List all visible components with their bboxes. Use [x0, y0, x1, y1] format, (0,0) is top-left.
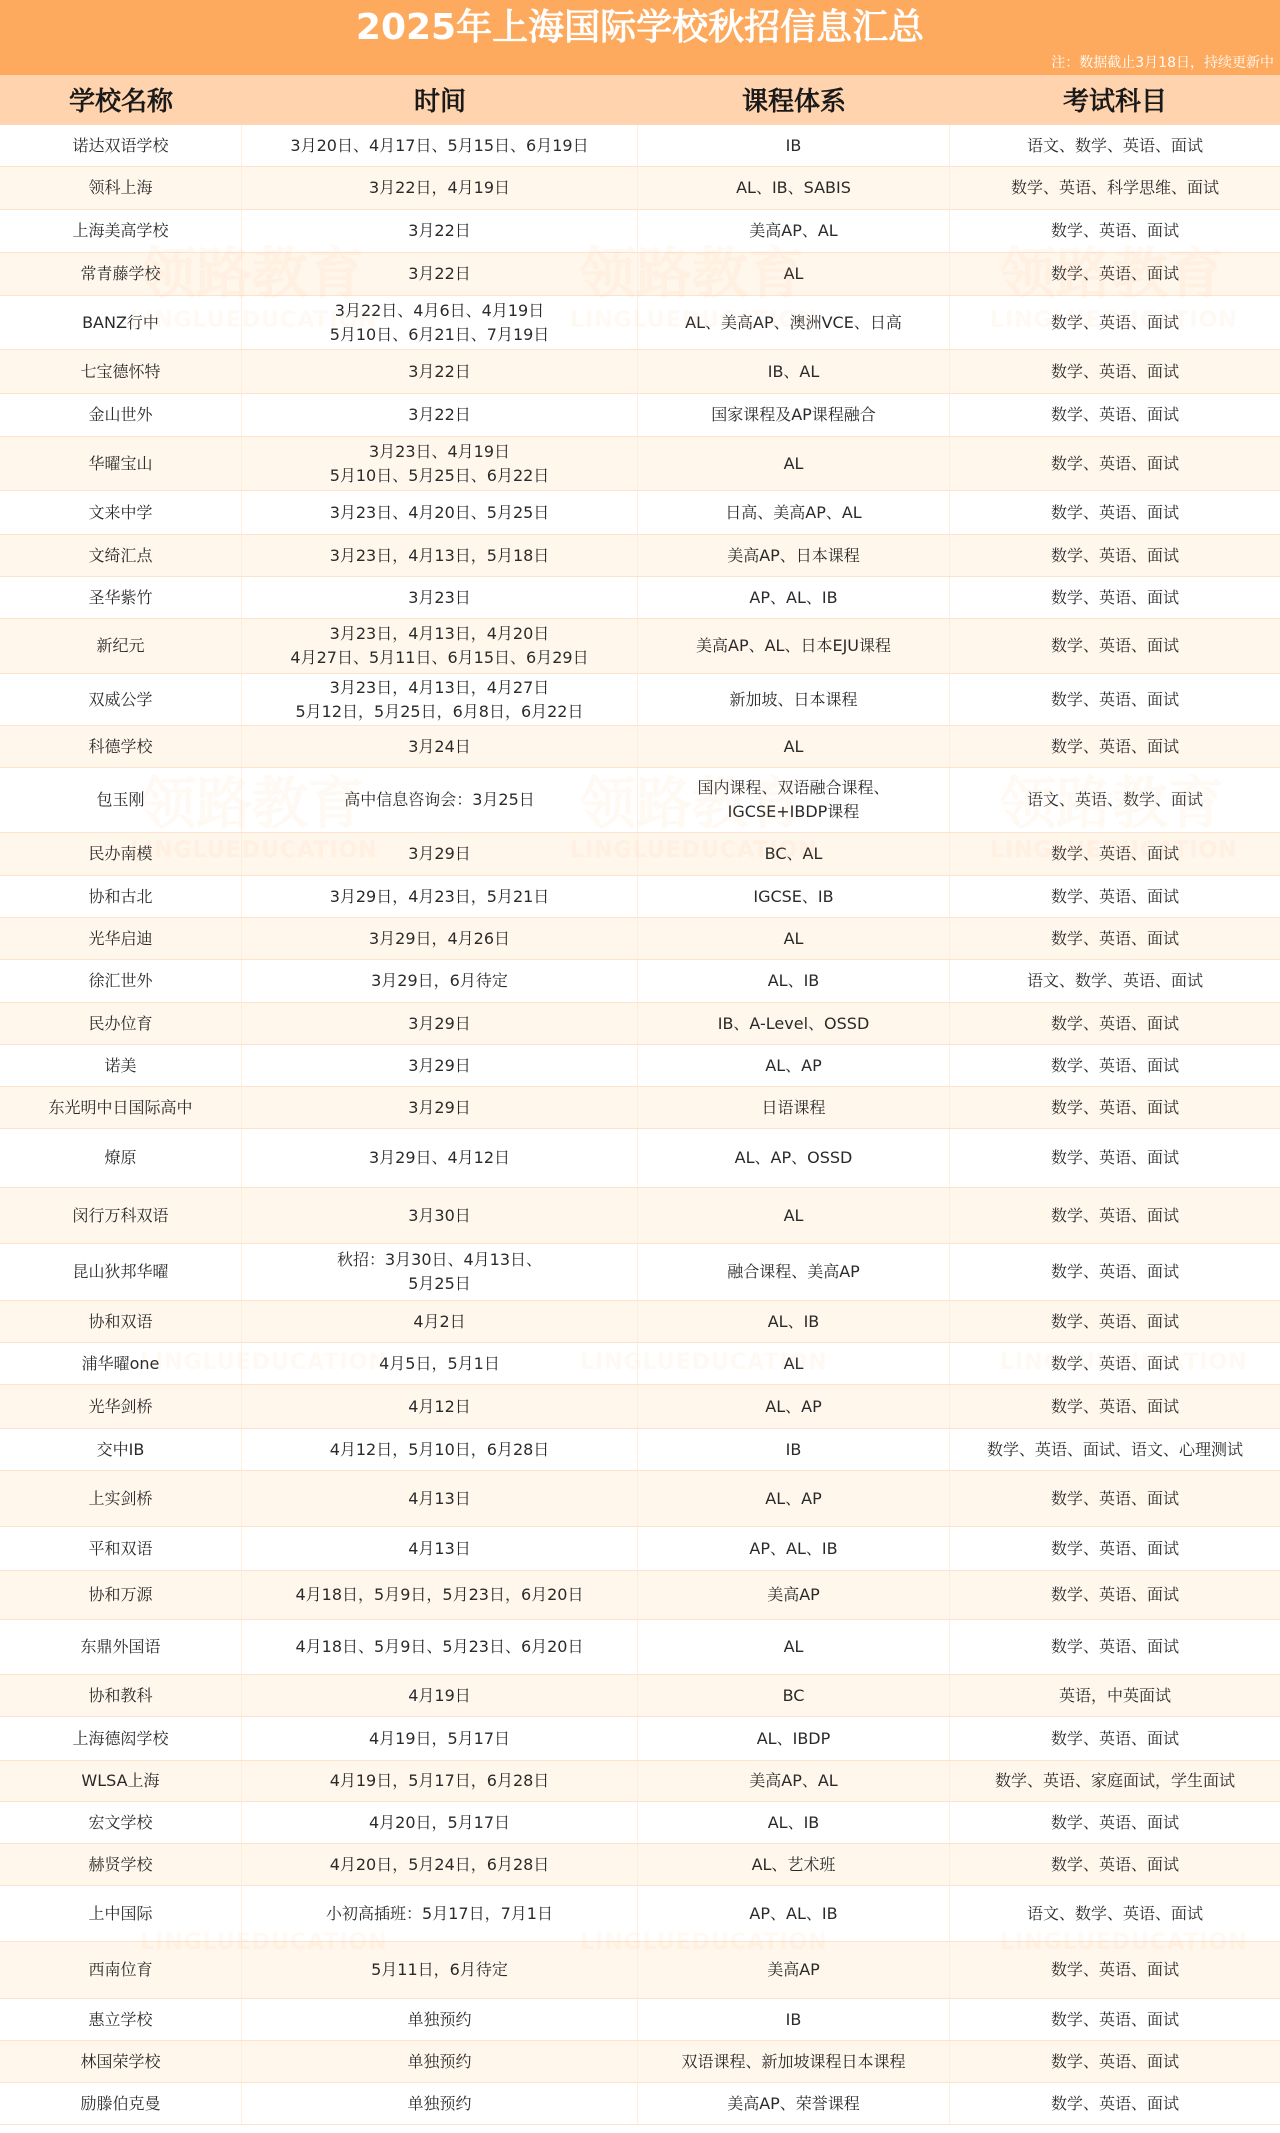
- time-cell: 4月13日: [242, 1471, 638, 1526]
- time-cell: 4月19日，5月17日，6月28日: [242, 1761, 638, 1801]
- subjects-cell: 数学、英语、面试: [950, 1999, 1280, 2040]
- school-cell: 平和双语: [0, 1527, 242, 1570]
- subjects-cell: 数学、英语、面试: [950, 1003, 1280, 1044]
- time-cell: 4月18日、5月9日、5月23日、6月20日: [242, 1620, 638, 1674]
- table-row: 新纪元3月23日，4月13日，4月20日 4月27日、5月11日、6月15日、6…: [0, 619, 1280, 674]
- subjects-cell: 语文、数学、英语、面试: [950, 960, 1280, 1002]
- time-cell: 4月19日: [242, 1675, 638, 1716]
- subjects-cell: 数学、英语、面试: [950, 726, 1280, 767]
- table-row: 民办南模3月29日BC、AL数学、英语、面试: [0, 833, 1280, 876]
- subjects-cell: 数学、英语、面试: [950, 1129, 1280, 1187]
- table-row: 光华剑桥4月12日AL、AP数学、英语、面试: [0, 1385, 1280, 1429]
- page-title: 2025年上海国际学校秋招信息汇总: [0, 4, 1280, 52]
- column-header-school: 学校名称: [0, 75, 242, 124]
- subjects-cell: 数学、英语、面试: [950, 1620, 1280, 1674]
- school-cell: 华曜宝山: [0, 437, 242, 490]
- curriculum-cell: IB、AL: [638, 350, 950, 393]
- subjects-cell: 数学、英语、面试: [950, 2083, 1280, 2124]
- curriculum-cell: AL、AP: [638, 1471, 950, 1526]
- curriculum-cell: BC、AL: [638, 833, 950, 875]
- subjects-cell: 数学、英语、面试: [950, 918, 1280, 959]
- time-cell: 3月22日: [242, 394, 638, 436]
- time-cell: 4月12日，5月10日，6月28日: [242, 1429, 638, 1470]
- school-cell: 科德学校: [0, 726, 242, 767]
- school-cell: 双威公学: [0, 674, 242, 725]
- table-row: 昆山狄邦华曜秋招：3月30日、4月13日、 5月25日融合课程、美高AP数学、英…: [0, 1244, 1280, 1301]
- table-row: 华曜宝山3月23日、4月19日 5月10日、5月25日、6月22日AL数学、英语…: [0, 437, 1280, 491]
- school-cell: 励滕伯克曼: [0, 2083, 242, 2124]
- curriculum-cell: 美高AP、日本课程: [638, 535, 950, 576]
- table-row: 西南位育5月11日，6月待定美高AP数学、英语、面试: [0, 1942, 1280, 1999]
- table-row: 领科上海3月22日，4月19日AL、IB、SABIS数学、英语、科学思维、面试: [0, 167, 1280, 210]
- table-row: 诺美3月29日AL、AP数学、英语、面试: [0, 1045, 1280, 1087]
- time-cell: 高中信息咨询会：3月25日: [242, 768, 638, 832]
- table-row: 东鼎外国语4月18日、5月9日、5月23日、6月20日AL数学、英语、面试: [0, 1620, 1280, 1675]
- table-row: 上实剑桥4月13日AL、AP数学、英语、面试: [0, 1471, 1280, 1527]
- table-row: 文绮汇点3月23日，4月13日，5月18日美高AP、日本课程数学、英语、面试: [0, 535, 1280, 577]
- time-cell: 3月29日，4月26日: [242, 918, 638, 959]
- curriculum-cell: AL: [638, 437, 950, 490]
- time-cell: 单独预约: [242, 2083, 638, 2124]
- school-cell: 文绮汇点: [0, 535, 242, 576]
- curriculum-cell: AL: [638, 1188, 950, 1243]
- curriculum-cell: AL、IB、SABIS: [638, 167, 950, 209]
- curriculum-cell: 融合课程、美高AP: [638, 1244, 950, 1300]
- table-row: 平和双语4月13日AP、AL、IB数学、英语、面试: [0, 1527, 1280, 1571]
- subjects-cell: 英语，中英面试: [950, 1675, 1280, 1716]
- curriculum-cell: AL、美高AP、澳洲VCE、日高: [638, 296, 950, 349]
- subjects-cell: 数学、英语、面试: [950, 674, 1280, 725]
- school-cell: 领科上海: [0, 167, 242, 209]
- column-header-curriculum: 课程体系: [638, 75, 950, 124]
- table-row: 浦华曜one4月5日，5月1日AL数学、英语、面试: [0, 1343, 1280, 1385]
- table-row: 诺达双语学校3月20日、4月17日、5月15日、6月19日IB语文、数学、英语、…: [0, 125, 1280, 167]
- time-cell: 小初高插班：5月17日，7月1日: [242, 1886, 638, 1941]
- curriculum-cell: AL、IB: [638, 1301, 950, 1342]
- table-row: 科德学校3月24日AL数学、英语、面试: [0, 726, 1280, 768]
- admissions-table: 学校名称 时间 课程体系 考试科目 诺达双语学校3月20日、4月17日、5月15…: [0, 75, 1280, 2125]
- time-cell: 4月13日: [242, 1527, 638, 1570]
- school-cell: 上海德闳学校: [0, 1717, 242, 1760]
- subjects-cell: 数学、英语、面试: [950, 833, 1280, 875]
- school-cell: 民办南模: [0, 833, 242, 875]
- time-cell: 4月20日，5月17日: [242, 1802, 638, 1843]
- curriculum-cell: AL: [638, 253, 950, 295]
- table-row: 双威公学3月23日，4月13日，4月27日 5月12日，5月25日，6月8日，6…: [0, 674, 1280, 726]
- subjects-cell: 语文、数学、英语、面试: [950, 125, 1280, 166]
- school-cell: 昆山狄邦华曜: [0, 1244, 242, 1300]
- table-row: 励滕伯克曼单独预约美高AP、荣誉课程数学、英语、面试: [0, 2083, 1280, 2125]
- table-row: 上海美高学校3月22日美高AP、AL数学、英语、面试: [0, 210, 1280, 253]
- subjects-cell: 数学、英语、面试: [950, 1717, 1280, 1760]
- school-cell: 东光明中日国际高中: [0, 1087, 242, 1128]
- curriculum-cell: IB: [638, 1429, 950, 1470]
- table-row: 东光明中日国际高中3月29日日语课程数学、英语、面试: [0, 1087, 1280, 1129]
- subjects-cell: 数学、英语、面试: [950, 1385, 1280, 1428]
- curriculum-cell: AL: [638, 1620, 950, 1674]
- school-cell: 诺美: [0, 1045, 242, 1086]
- subjects-cell: 数学、英语、面试: [950, 1527, 1280, 1570]
- subjects-cell: 语文、数学、英语、面试: [950, 1886, 1280, 1941]
- school-cell: 圣华紫竹: [0, 577, 242, 618]
- time-cell: 5月11日，6月待定: [242, 1942, 638, 1998]
- time-cell: 3月29日: [242, 1045, 638, 1086]
- time-cell: 3月20日、4月17日、5月15日、6月19日: [242, 125, 638, 166]
- time-cell: 3月23日、4月20日、5月25日: [242, 491, 638, 534]
- curriculum-cell: AL、AP、OSSD: [638, 1129, 950, 1187]
- subjects-cell: 数学、英语、面试: [950, 1244, 1280, 1300]
- time-cell: 4月2日: [242, 1301, 638, 1342]
- school-cell: 东鼎外国语: [0, 1620, 242, 1674]
- table-row: 协和双语4月2日AL、IB数学、英语、面试: [0, 1301, 1280, 1343]
- table-body: 诺达双语学校3月20日、4月17日、5月15日、6月19日IB语文、数学、英语、…: [0, 125, 1280, 2125]
- subjects-cell: 数学、英语、科学思维、面试: [950, 167, 1280, 209]
- school-cell: 上中国际: [0, 1886, 242, 1941]
- subjects-cell: 数学、英语、面试: [950, 1045, 1280, 1086]
- school-cell: 协和古北: [0, 876, 242, 917]
- subjects-cell: 数学、英语、面试: [950, 535, 1280, 576]
- school-cell: 上实剑桥: [0, 1471, 242, 1526]
- curriculum-cell: 国家课程及AP课程融合: [638, 394, 950, 436]
- school-cell: 闵行万科双语: [0, 1188, 242, 1243]
- table-row: 徐汇世外3月29日，6月待定AL、IB语文、数学、英语、面试: [0, 960, 1280, 1003]
- table-row: 圣华紫竹3月23日AP、AL、IB数学、英语、面试: [0, 577, 1280, 619]
- table-row: 包玉刚高中信息咨询会：3月25日国内课程、双语融合课程、 IGCSE+IBDP课…: [0, 768, 1280, 833]
- subjects-cell: 数学、英语、面试、语文、心理测试: [950, 1429, 1280, 1470]
- curriculum-cell: AL: [638, 918, 950, 959]
- curriculum-cell: BC: [638, 1675, 950, 1716]
- subjects-cell: 数学、英语、面试: [950, 253, 1280, 295]
- school-cell: 惠立学校: [0, 1999, 242, 2040]
- table-row: 七宝德怀特3月22日IB、AL数学、英语、面试: [0, 350, 1280, 394]
- school-cell: 林国荣学校: [0, 2041, 242, 2082]
- time-cell: 3月22日: [242, 253, 638, 295]
- column-header-time: 时间: [242, 75, 638, 124]
- table-row: 民办位育3月29日IB、A-Level、OSSD数学、英语、面试: [0, 1003, 1280, 1045]
- table-row: 赫贤学校4月20日，5月24日，6月28日AL、艺术班数学、英语、面试: [0, 1844, 1280, 1886]
- time-cell: 3月24日: [242, 726, 638, 767]
- table-header-row: 学校名称 时间 课程体系 考试科目: [0, 75, 1280, 125]
- school-cell: 光华剑桥: [0, 1385, 242, 1428]
- school-cell: 新纪元: [0, 619, 242, 673]
- curriculum-cell: 美高AP、AL: [638, 210, 950, 252]
- school-cell: 文来中学: [0, 491, 242, 534]
- time-cell: 3月22日: [242, 350, 638, 393]
- school-cell: 赫贤学校: [0, 1844, 242, 1885]
- time-cell: 3月29日: [242, 1003, 638, 1044]
- subjects-cell: 数学、英语、面试: [950, 1188, 1280, 1243]
- curriculum-cell: AL、IBDP: [638, 1717, 950, 1760]
- table-row: 宏文学校4月20日，5月17日AL、IB数学、英语、面试: [0, 1802, 1280, 1844]
- school-cell: 诺达双语学校: [0, 125, 242, 166]
- table-row: 光华启迪3月29日，4月26日AL数学、英语、面试: [0, 918, 1280, 960]
- table-row: WLSA上海4月19日，5月17日，6月28日美高AP、AL数学、英语、家庭面试…: [0, 1761, 1280, 1802]
- table-row: 常青藤学校3月22日AL数学、英语、面试: [0, 253, 1280, 296]
- subjects-cell: 数学、英语、面试: [950, 1301, 1280, 1342]
- subjects-cell: 数学、英语、面试: [950, 1942, 1280, 1998]
- curriculum-cell: AL: [638, 1343, 950, 1384]
- subjects-cell: 数学、英语、面试: [950, 1343, 1280, 1384]
- curriculum-cell: AL: [638, 726, 950, 767]
- curriculum-cell: AP、AL、IB: [638, 1527, 950, 1570]
- time-cell: 单独预约: [242, 2041, 638, 2082]
- subjects-cell: 数学、英语、面试: [950, 350, 1280, 393]
- time-cell: 3月29日: [242, 833, 638, 875]
- subjects-cell: 语文、英语、数学、面试: [950, 768, 1280, 832]
- table-row: 金山世外3月22日国家课程及AP课程融合数学、英语、面试: [0, 394, 1280, 437]
- time-cell: 秋招：3月30日、4月13日、 5月25日: [242, 1244, 638, 1300]
- time-cell: 4月20日，5月24日，6月28日: [242, 1844, 638, 1885]
- subjects-cell: 数学、英语、面试: [950, 577, 1280, 618]
- time-cell: 3月23日: [242, 577, 638, 618]
- school-cell: 西南位育: [0, 1942, 242, 1998]
- table-row: 文来中学3月23日、4月20日、5月25日日高、美高AP、AL数学、英语、面试: [0, 491, 1280, 535]
- time-cell: 3月22日: [242, 210, 638, 252]
- time-cell: 3月29日: [242, 1087, 638, 1128]
- curriculum-cell: 新加坡、日本课程: [638, 674, 950, 725]
- time-cell: 3月30日: [242, 1188, 638, 1243]
- table-row: 惠立学校单独预约IB数学、英语、面试: [0, 1999, 1280, 2041]
- school-cell: 徐汇世外: [0, 960, 242, 1002]
- curriculum-cell: AL、AP: [638, 1045, 950, 1086]
- time-cell: 3月23日，4月13日，4月20日 4月27日、5月11日、6月15日、6月29…: [242, 619, 638, 673]
- curriculum-cell: 美高AP、AL: [638, 1761, 950, 1801]
- table-row: BANZ行中3月22日、4月6日、4月19日 5月10日、6月21日、7月19日…: [0, 296, 1280, 350]
- curriculum-cell: AL、IB: [638, 960, 950, 1002]
- subjects-cell: 数学、英语、面试: [950, 1802, 1280, 1843]
- time-cell: 3月29日，4月23日，5月21日: [242, 876, 638, 917]
- curriculum-cell: AL、IB: [638, 1802, 950, 1843]
- curriculum-cell: 美高AP、荣誉课程: [638, 2083, 950, 2124]
- school-cell: 上海美高学校: [0, 210, 242, 252]
- curriculum-cell: 日高、美高AP、AL: [638, 491, 950, 534]
- school-cell: BANZ行中: [0, 296, 242, 349]
- school-cell: 燎原: [0, 1129, 242, 1187]
- school-cell: 常青藤学校: [0, 253, 242, 295]
- curriculum-cell: AP、AL、IB: [638, 577, 950, 618]
- school-cell: 光华启迪: [0, 918, 242, 959]
- table-row: 协和教科4月19日BC英语，中英面试: [0, 1675, 1280, 1717]
- curriculum-cell: IB、A-Level、OSSD: [638, 1003, 950, 1044]
- time-cell: 3月22日、4月6日、4月19日 5月10日、6月21日、7月19日: [242, 296, 638, 349]
- curriculum-cell: 美高AP: [638, 1571, 950, 1619]
- school-cell: 金山世外: [0, 394, 242, 436]
- subjects-cell: 数学、英语、面试: [950, 210, 1280, 252]
- curriculum-cell: AL、艺术班: [638, 1844, 950, 1885]
- table-row: 燎原3月29日、4月12日AL、AP、OSSD数学、英语、面试: [0, 1129, 1280, 1188]
- school-cell: 协和双语: [0, 1301, 242, 1342]
- subjects-cell: 数学、英语、面试: [950, 437, 1280, 490]
- curriculum-cell: 美高AP: [638, 1942, 950, 1998]
- title-banner: 2025年上海国际学校秋招信息汇总 注：数据截止3月18日，持续更新中: [0, 0, 1280, 75]
- curriculum-cell: 双语课程、新加坡课程日本课程: [638, 2041, 950, 2082]
- table-row: 上中国际小初高插班：5月17日，7月1日AP、AL、IB语文、数学、英语、面试: [0, 1886, 1280, 1942]
- time-cell: 4月5日，5月1日: [242, 1343, 638, 1384]
- column-header-subjects: 考试科目: [950, 75, 1280, 124]
- time-cell: 3月23日，4月13日，4月27日 5月12日，5月25日，6月8日，6月22日: [242, 674, 638, 725]
- table-row: 协和古北3月29日，4月23日，5月21日IGCSE、IB数学、英语、面试: [0, 876, 1280, 918]
- subjects-cell: 数学、英语、面试: [950, 619, 1280, 673]
- time-cell: 3月29日、4月12日: [242, 1129, 638, 1187]
- time-cell: 3月29日，6月待定: [242, 960, 638, 1002]
- time-cell: 3月22日，4月19日: [242, 167, 638, 209]
- table-row: 闵行万科双语3月30日AL数学、英语、面试: [0, 1188, 1280, 1244]
- subjects-cell: 数学、英语、家庭面试，学生面试: [950, 1761, 1280, 1801]
- curriculum-cell: AP、AL、IB: [638, 1886, 950, 1941]
- time-cell: 单独预约: [242, 1999, 638, 2040]
- school-cell: 交中IB: [0, 1429, 242, 1470]
- subjects-cell: 数学、英语、面试: [950, 491, 1280, 534]
- school-cell: 包玉刚: [0, 768, 242, 832]
- subjects-cell: 数学、英语、面试: [950, 1087, 1280, 1128]
- curriculum-cell: 美高AP、AL、日本EJU课程: [638, 619, 950, 673]
- school-cell: 民办位育: [0, 1003, 242, 1044]
- subjects-cell: 数学、英语、面试: [950, 1471, 1280, 1526]
- subjects-cell: 数学、英语、面试: [950, 2041, 1280, 2082]
- school-cell: 协和教科: [0, 1675, 242, 1716]
- curriculum-cell: IB: [638, 1999, 950, 2040]
- table-row: 上海德闳学校4月19日，5月17日AL、IBDP数学、英语、面试: [0, 1717, 1280, 1761]
- time-cell: 3月23日，4月13日，5月18日: [242, 535, 638, 576]
- subjects-cell: 数学、英语、面试: [950, 394, 1280, 436]
- time-cell: 4月18日，5月9日，5月23日，6月20日: [242, 1571, 638, 1619]
- subjects-cell: 数学、英语、面试: [950, 296, 1280, 349]
- curriculum-cell: 国内课程、双语融合课程、 IGCSE+IBDP课程: [638, 768, 950, 832]
- time-cell: 4月12日: [242, 1385, 638, 1428]
- time-cell: 3月23日、4月19日 5月10日、5月25日、6月22日: [242, 437, 638, 490]
- school-cell: 浦华曜one: [0, 1343, 242, 1384]
- subjects-cell: 数学、英语、面试: [950, 1571, 1280, 1619]
- curriculum-cell: IB: [638, 125, 950, 166]
- subjects-cell: 数学、英语、面试: [950, 876, 1280, 917]
- curriculum-cell: 日语课程: [638, 1087, 950, 1128]
- subjects-cell: 数学、英语、面试: [950, 1844, 1280, 1885]
- table-row: 林国荣学校单独预约双语课程、新加坡课程日本课程数学、英语、面试: [0, 2041, 1280, 2083]
- data-cutoff-note: 注：数据截止3月18日，持续更新中: [1051, 54, 1274, 72]
- curriculum-cell: IGCSE、IB: [638, 876, 950, 917]
- school-cell: WLSA上海: [0, 1761, 242, 1801]
- school-cell: 宏文学校: [0, 1802, 242, 1843]
- time-cell: 4月19日，5月17日: [242, 1717, 638, 1760]
- school-cell: 七宝德怀特: [0, 350, 242, 393]
- table-row: 交中IB4月12日，5月10日，6月28日IB数学、英语、面试、语文、心理测试: [0, 1429, 1280, 1471]
- curriculum-cell: AL、AP: [638, 1385, 950, 1428]
- table-row: 协和万源4月18日，5月9日，5月23日，6月20日美高AP数学、英语、面试: [0, 1571, 1280, 1620]
- school-cell: 协和万源: [0, 1571, 242, 1619]
